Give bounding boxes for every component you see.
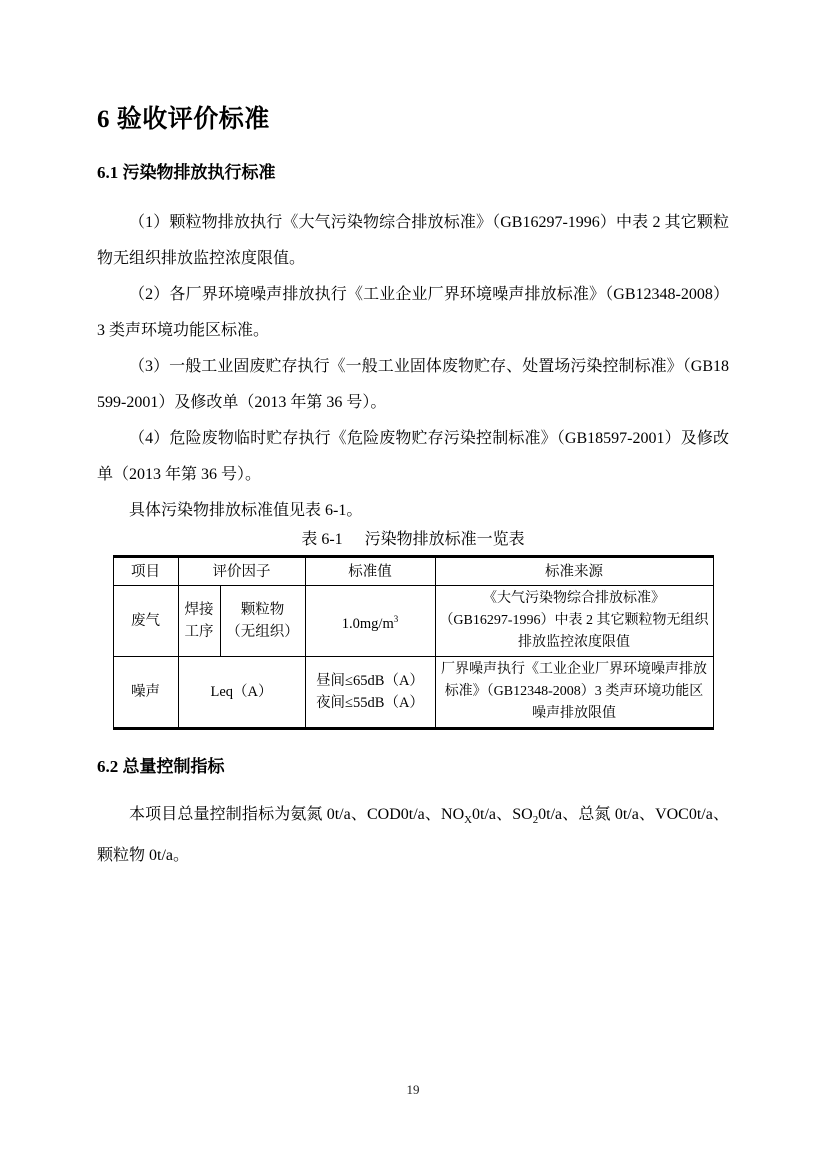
paragraph-noise-standard: （2）各厂界环境噪声排放执行《工业企业厂界环境噪声排放标准》（GB12348-2… <box>97 277 729 349</box>
page-number: 19 <box>0 1082 826 1098</box>
factor-name-line-1: 颗粒物 <box>223 599 303 621</box>
cell-factor-noise: Leq（A） <box>178 657 305 729</box>
col-header-item: 项目 <box>113 557 178 586</box>
col-header-source: 标准来源 <box>435 557 713 586</box>
value-base: 1.0mg/m <box>342 615 394 631</box>
factor-name-line-2: （无组织） <box>223 621 303 643</box>
paragraph-particulate-standard: （1）颗粒物排放执行《大气污染物综合排放标准》（GB16297-1996）中表 … <box>97 205 729 277</box>
total-control-seg-1: 本项目总量控制指标为氨氮 0t/a、COD0t/a、NO <box>129 806 464 823</box>
noise-source-line-3: 噪声排放限值 <box>438 703 711 725</box>
col-header-value: 标准值 <box>305 557 435 586</box>
chapter-heading: 6 验收评价标准 <box>97 106 729 134</box>
table-header-row: 项目 评价因子 标准值 标准来源 <box>113 557 713 586</box>
gas-source-line-3: 排放监控浓度限值 <box>438 632 711 654</box>
paragraph-solid-waste-standard: （3）一般工业固废贮存执行《一般工业固体废物贮存、处置场污染控制标准》（GB18… <box>97 349 729 421</box>
cell-item-waste-gas: 废气 <box>113 586 178 657</box>
total-control-seg-2: 0t/a、SO <box>472 806 533 823</box>
section-6-1-body: （1）颗粒物排放执行《大气污染物综合排放标准》（GB16297-1996）中表 … <box>97 205 729 529</box>
table-caption-title: 污染物排放标准一览表 <box>365 531 525 548</box>
table-row-noise: 噪声 Leq（A） 昼间≤65dB（A） 夜间≤55dB（A） 厂界噪声执行《工… <box>113 657 713 729</box>
noise-source-line-2: 标准》（GB12348-2008）3 类声环境功能区 <box>438 681 711 703</box>
noise-value-day: 昼间≤65dB（A） <box>308 670 433 692</box>
factor-process-line-1: 焊接 <box>181 599 218 621</box>
paragraph-table-reference: 具体污染物排放标准值见表 6-1。 <box>97 493 729 529</box>
nox-subscript: X <box>464 814 472 826</box>
subsection-heading-6-2: 6.2 总量控制指标 <box>97 757 729 777</box>
noise-source-line-1: 厂界噪声执行《工业企业厂界环境噪声排放 <box>438 659 711 681</box>
pollutant-standards-table: 项目 评价因子 标准值 标准来源 废气 焊接 工序 颗粒物 （无组织） 1.0m… <box>113 555 714 730</box>
cell-source-noise: 厂界噪声执行《工业企业厂界环境噪声排放 标准》（GB12348-2008）3 类… <box>435 657 713 729</box>
document-page: 6 验收评价标准 6.1 污染物排放执行标准 （1）颗粒物排放执行《大气污染物综… <box>0 0 826 1169</box>
value-superscript: 3 <box>394 614 399 624</box>
col-header-factor: 评价因子 <box>178 557 305 586</box>
cell-value-waste-gas: 1.0mg/m3 <box>305 586 435 657</box>
table-row-waste-gas: 废气 焊接 工序 颗粒物 （无组织） 1.0mg/m3 《大气污染物综合排放标准… <box>113 586 713 657</box>
cell-factor-particulate: 颗粒物 （无组织） <box>220 586 305 657</box>
cell-item-noise: 噪声 <box>113 657 178 729</box>
factor-process-line-2: 工序 <box>181 621 218 643</box>
cell-factor-process: 焊接 工序 <box>178 586 220 657</box>
cell-source-waste-gas: 《大气污染物综合排放标准》 （GB16297-1996）中表 2 其它颗粒物无组… <box>435 586 713 657</box>
gas-source-line-2: （GB16297-1996）中表 2 其它颗粒物无组织 <box>438 610 711 632</box>
table-caption-label: 表 6-1 <box>301 531 342 548</box>
gas-source-line-1: 《大气污染物综合排放标准》 <box>438 588 711 610</box>
paragraph-total-control: 本项目总量控制指标为氨氮 0t/a、COD0t/a、NOX0t/a、SO20t/… <box>97 797 729 874</box>
subsection-heading-6-1: 6.1 污染物排放执行标准 <box>97 163 729 183</box>
noise-value-night: 夜间≤55dB（A） <box>308 692 433 714</box>
paragraph-hazardous-waste-standard: （4）危险废物临时贮存执行《危险废物贮存污染控制标准》（GB18597-2001… <box>97 421 729 493</box>
table-caption: 表 6-1污染物排放标准一览表 <box>97 530 729 550</box>
cell-value-noise: 昼间≤65dB（A） 夜间≤55dB（A） <box>305 657 435 729</box>
